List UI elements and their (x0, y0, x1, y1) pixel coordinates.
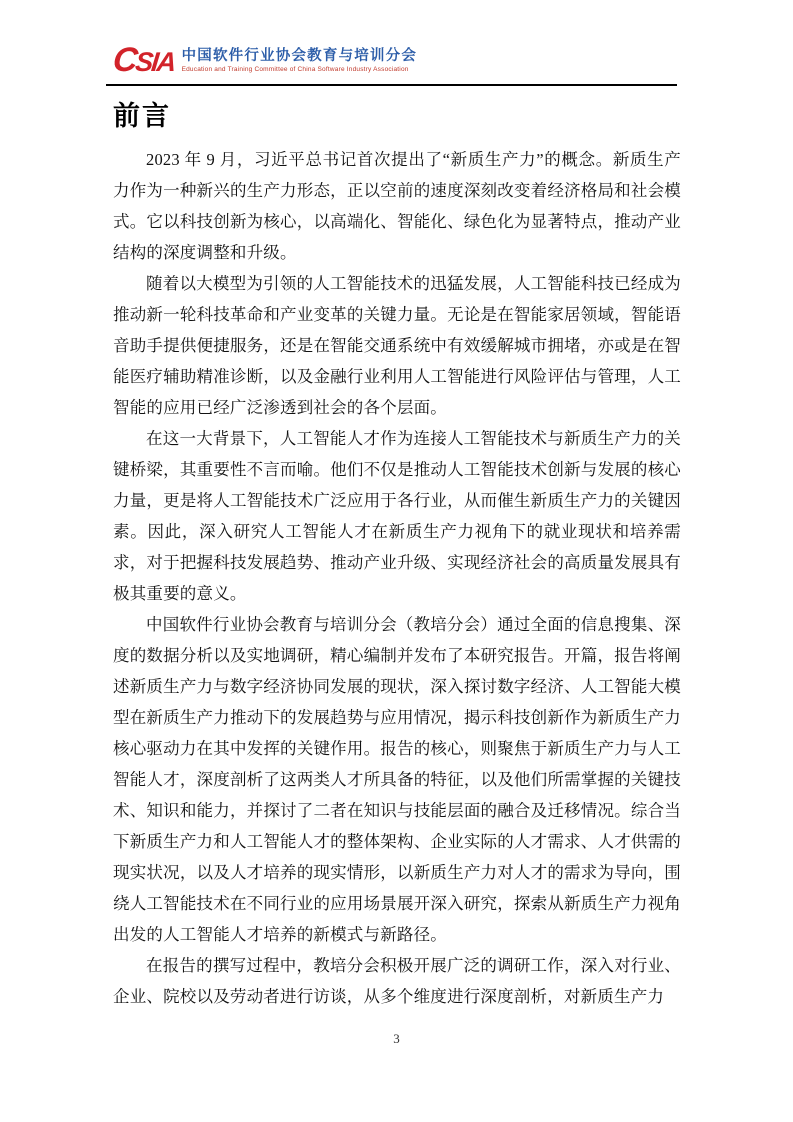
paragraphs: 2023 年 9 月，习近平总书记首次提出了“新质生产力”的概念。新质生产力作为… (113, 144, 681, 1012)
document-page: CSIA 中国软件行业协会教育与培训分会 Education and Train… (0, 0, 793, 1122)
header-rule (106, 84, 677, 86)
page-title: 前言 (113, 98, 681, 134)
document-content: 前言 2023 年 9 月，习近平总书记首次提出了“新质生产力”的概念。新质生产… (113, 98, 681, 1012)
page-footer: 3 (0, 1030, 793, 1048)
paragraph: 2023 年 9 月，习近平总书记首次提出了“新质生产力”的概念。新质生产力作为… (113, 144, 681, 268)
paragraph: 中国软件行业协会教育与培训分会（教培分会）通过全面的信息搜集、深度的数据分析以及… (113, 609, 681, 950)
paragraph: 在这一大背景下，人工智能人才作为连接人工智能技术与新质生产力的关键桥梁，其重要性… (113, 423, 681, 609)
paragraph: 在报告的撰写过程中，教培分会积极开展广泛的调研工作，深入对行业、企业、院校以及劳… (113, 950, 681, 1012)
org-name-english: Education and Training Committee of Chin… (182, 66, 418, 74)
csia-logo-mark: CSIA (111, 44, 176, 78)
csia-logo: CSIA 中国软件行业协会教育与培训分会 Education and Train… (113, 44, 417, 78)
paragraph: 随着以大模型为引领的人工智能技术的迅猛发展，人工智能科技已经成为推动新一轮科技革… (113, 268, 681, 423)
logo-text-block: 中国软件行业协会教育与培训分会 Education and Training C… (182, 44, 418, 74)
page-number: 3 (393, 1031, 400, 1046)
org-name-chinese: 中国软件行业协会教育与培训分会 (182, 48, 418, 65)
